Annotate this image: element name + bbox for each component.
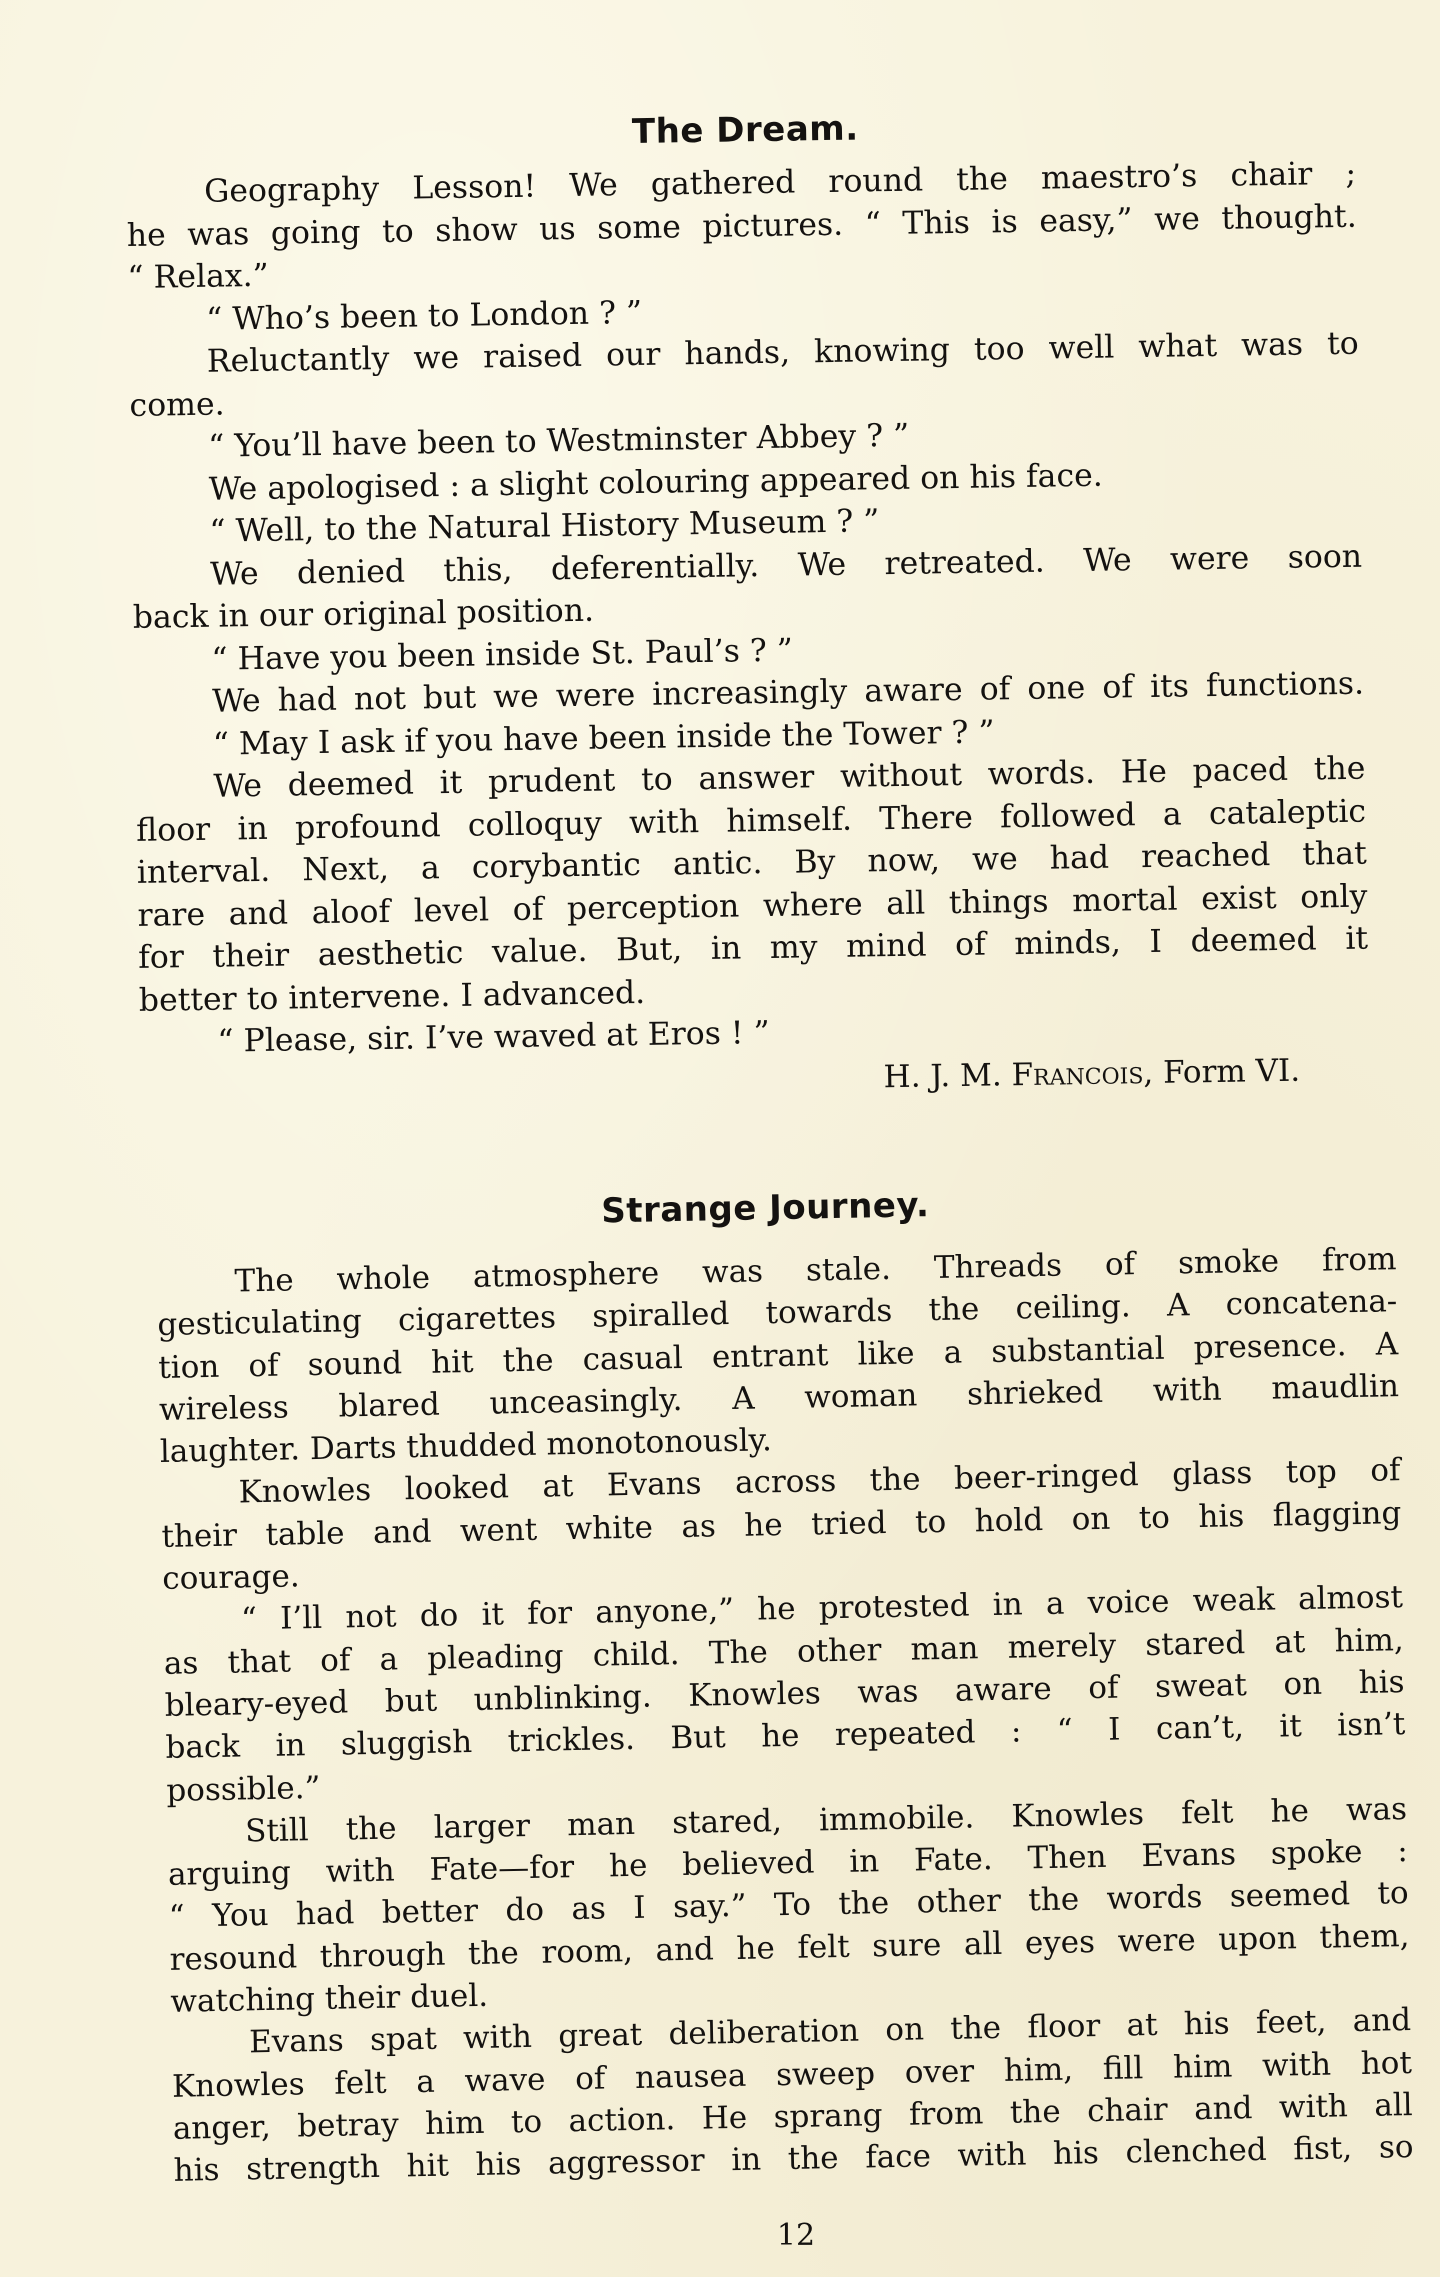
author-form: , Form VI. (1143, 1052, 1300, 1090)
article-title: The Dream. (135, 99, 1356, 162)
magazine-page: The Dream. Geography Lesson! We gathered… (0, 0, 1440, 2277)
author-initials: H. J. M. (883, 1057, 1011, 1095)
article-body: The whole atmosphere was stale. Threads … (156, 1238, 1414, 2192)
page-number: 12 (76, 2218, 1440, 2254)
article-the-dream: The Dream. Geography Lesson! We gathered… (125, 99, 1370, 1111)
article-body: Geography Lesson! We gathered round the … (126, 153, 1370, 1065)
article-title: Strange Journey. (135, 1174, 1396, 1242)
article-strange-journey: Strange Journey. The whole atmosphere wa… (155, 1174, 1414, 2192)
author-surname: Francois (1011, 1055, 1143, 1093)
